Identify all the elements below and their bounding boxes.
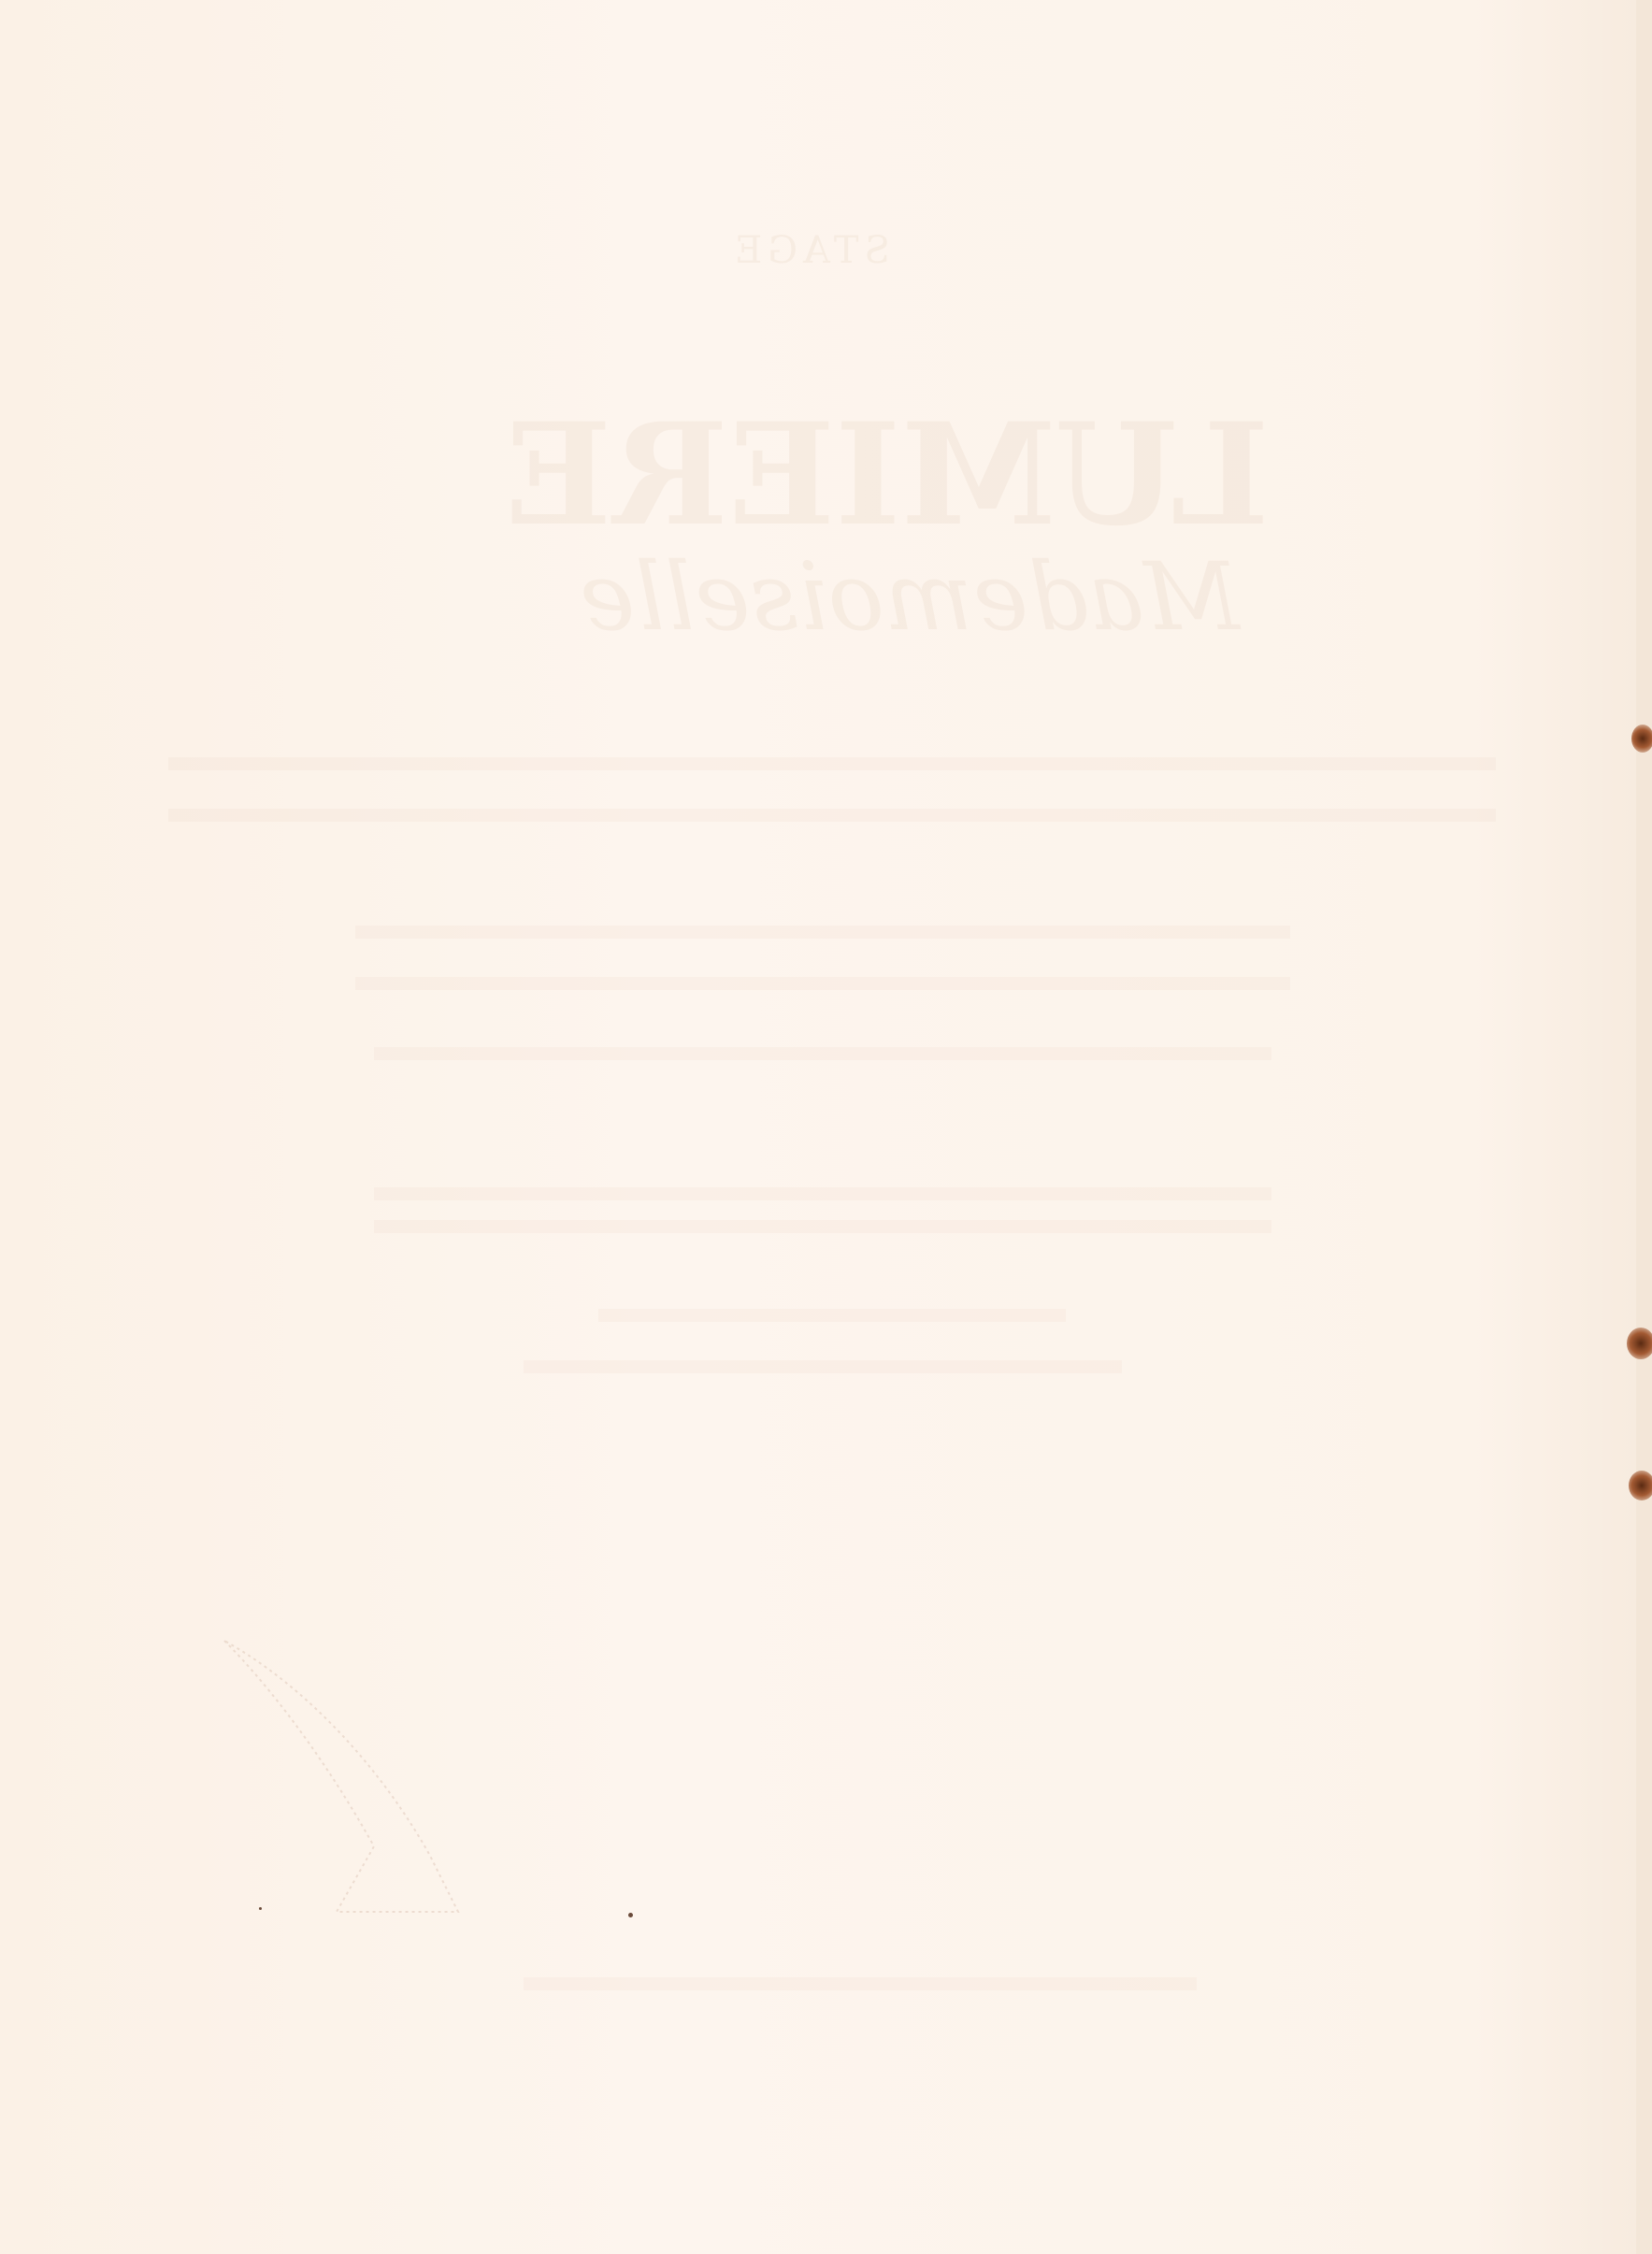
rust-stain bbox=[1631, 725, 1652, 753]
bleed-through-heading: STAGE bbox=[729, 229, 890, 272]
bleed-through-line bbox=[374, 1220, 1271, 1233]
rust-stain bbox=[1627, 1328, 1652, 1359]
bleed-through-title: LUMIERE bbox=[505, 393, 1270, 557]
bleed-through-line bbox=[374, 1047, 1271, 1060]
speck bbox=[259, 1907, 262, 1910]
bleed-through-subtitle: Mademoiselle bbox=[580, 542, 1240, 652]
blank-page: STAGE LUMIERE Mademoiselle bbox=[0, 0, 1636, 2254]
bleed-through-line bbox=[598, 1309, 1066, 1322]
page-edge bbox=[1636, 0, 1652, 2254]
speck bbox=[628, 1913, 633, 1917]
bleed-through-line bbox=[168, 809, 1496, 822]
bleed-through-line bbox=[355, 977, 1290, 990]
bleed-through-line bbox=[524, 1360, 1122, 1373]
bleed-through-line bbox=[374, 1187, 1271, 1200]
bleed-through-line bbox=[524, 1977, 1197, 1990]
rust-stain bbox=[1629, 1471, 1652, 1500]
bleed-through-quill-illustration bbox=[215, 1631, 477, 1931]
bleed-through-line bbox=[168, 757, 1496, 770]
bleed-through-line bbox=[355, 926, 1290, 939]
